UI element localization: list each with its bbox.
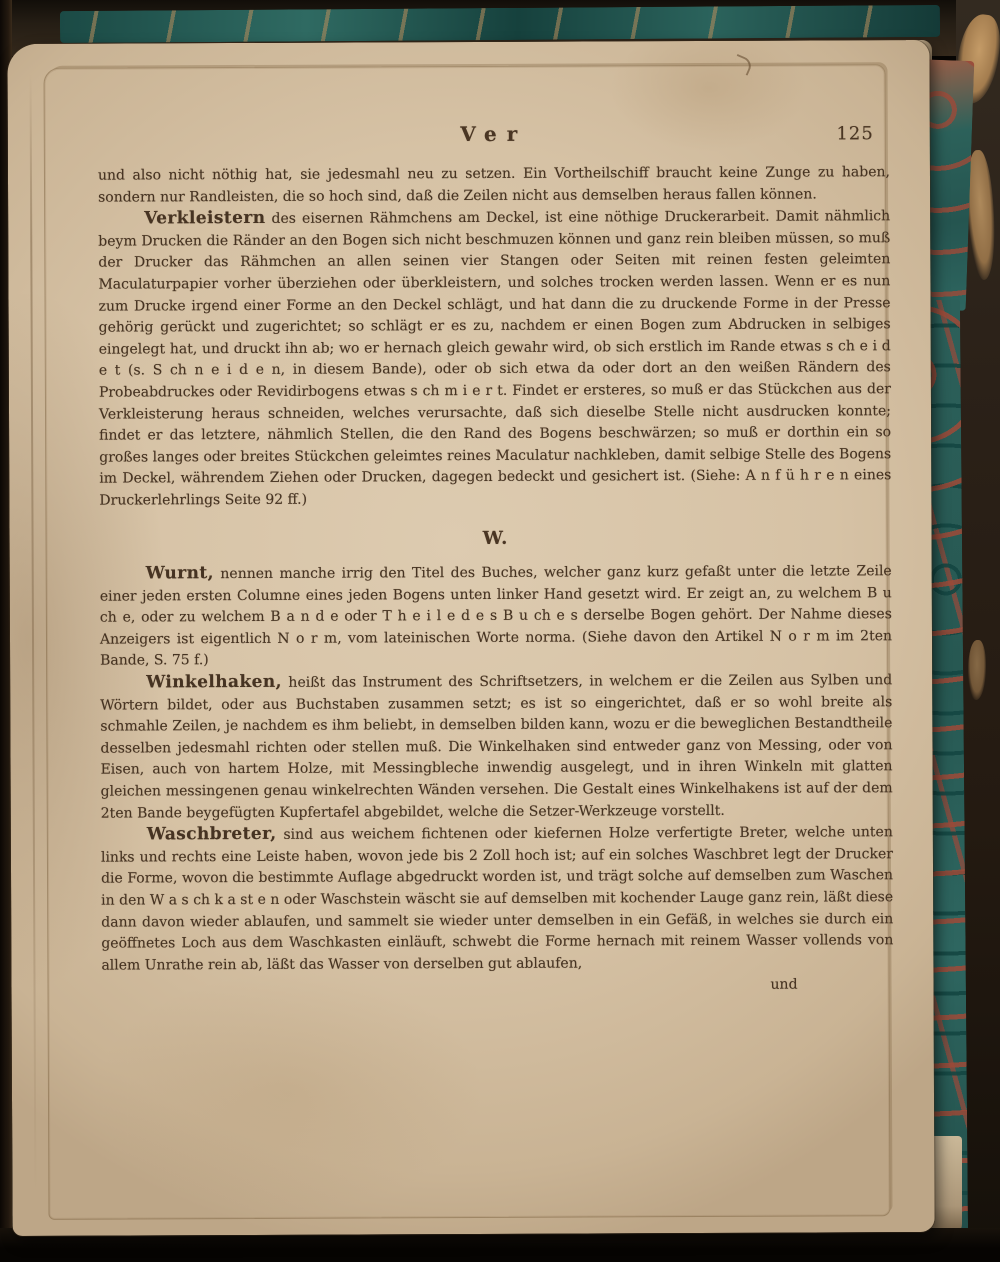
entry-wurnt: Wurnt, nennen manche irrig den Titel des… <box>100 560 892 672</box>
entry-body-text: nennen manche irrig den Titel des Buches… <box>100 563 892 669</box>
catchword: und <box>101 975 893 1000</box>
gutter-crease-line <box>30 74 37 1194</box>
running-head: Ver 125 <box>98 122 890 159</box>
continuation-text: und also nicht nöthig hat, sie jedesmahl… <box>98 164 890 205</box>
entry-winkelhaken: Winkelhaken, heißt das Instrument des Sc… <box>100 669 893 825</box>
entry-body-text: sind aus weichem fichtenen oder kieferne… <box>101 824 893 973</box>
photo-of-book-page: { "page_header": { "title": "Ver", "page… <box>0 0 1000 1262</box>
paragraph-continuation: und also nicht nöthig hat, sie jedesmahl… <box>98 162 890 209</box>
entry-lead-word: Wurnt, <box>146 563 214 583</box>
entry-verkleistern: Verkleistern des eisernen Rähmchens am D… <box>98 205 891 512</box>
marbled-paper-top-strip <box>60 5 940 43</box>
text-block: Ver 125 und also nicht nöthig hat, sie j… <box>98 122 894 999</box>
book-page: Ver 125 und also nicht nöthig hat, sie j… <box>7 40 934 1236</box>
entry-lead-word: Winkelhaken, <box>146 672 282 693</box>
pen-mark <box>731 54 754 76</box>
entry-body-text: des eisernen Rähmchens am Deckel, ist ei… <box>98 208 891 508</box>
entry-lead-word: Waschbreter, <box>147 824 277 845</box>
running-title: Ver <box>98 122 890 147</box>
entry-body-text: heißt das Instrument des Schriftsetzers,… <box>100 672 892 821</box>
page-number: 125 <box>836 123 873 145</box>
leather-tear-patch <box>968 640 986 700</box>
entry-lead-word: Verkleistern <box>144 208 265 229</box>
entry-waschbreter: Waschbreter, sind aus weichem fichtenen … <box>101 821 894 977</box>
section-heading-w: W. <box>100 526 892 551</box>
